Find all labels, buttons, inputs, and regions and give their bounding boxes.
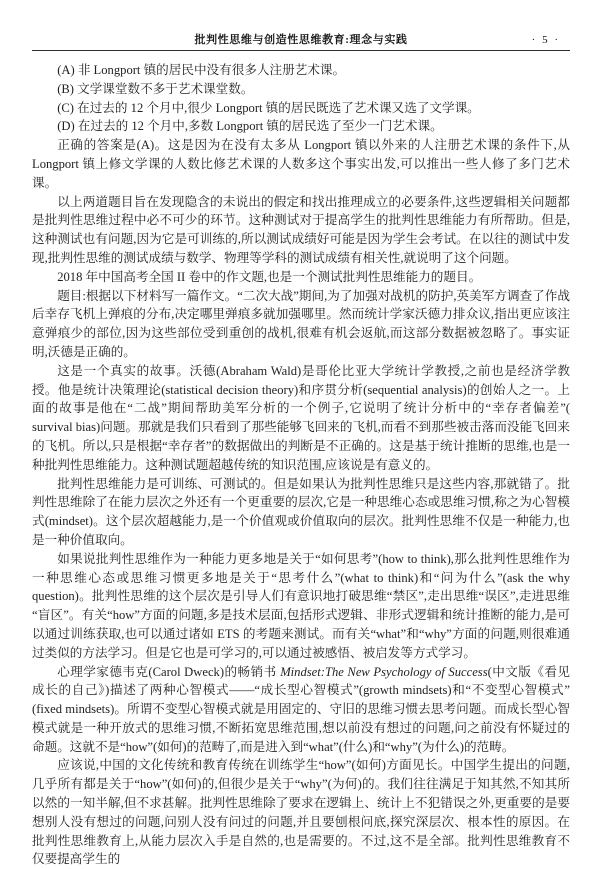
answer-option-line: (A) 非 Longport 镇的居民中没有很多人注册艺术课。 xyxy=(32,61,570,80)
text-run: 如果说批判性思维作为一种能力更多地是关于“如何思考”(how to think)… xyxy=(32,552,570,660)
text-run: (D) 在过去的 12 个月中,多数 Longport 镇的居民选了至少一门艺术… xyxy=(57,119,443,133)
answer-option-line: (B) 文学课堂数不多于艺术课堂数。 xyxy=(32,80,570,99)
text-run: (C) 在过去的 12 个月中,很少 Longport 镇的居民既选了艺术课又选… xyxy=(57,101,480,115)
body-paragraph: 正确的答案是(A)。这是因为在没有太多从 Longport 镇以外来的人注册艺术… xyxy=(32,136,570,192)
body-paragraph: 2018 年中国高考全国 II 卷中的作文题,也是一个测试批判性思维能力的题目。 xyxy=(32,268,570,287)
text-run: 心理学家德韦克(Carol Dweck)的畅销书 xyxy=(57,665,280,679)
text-run: 这是一个真实的故事。沃德(Abraham Wald)是哥伦比亚大学统计学教授,之… xyxy=(32,364,570,472)
book-page: 批判性思维与创造性思维教育:理念与实践 · 5 · (A) 非 Longport… xyxy=(0,0,600,869)
body-paragraph: 以上两道题目旨在发现隐含的未说出的假定和找出推理成立的必要条件,这些逻辑相关问题… xyxy=(32,193,570,268)
text-run: 题目:根据以下材料写一篇作文。“二次大战”期间,为了加强对战机的防护,英美军方调… xyxy=(32,289,570,359)
text-run: 应该说,中国的文化传统和教育传统在训练学生“how”(如何)方面见长。中国学生提… xyxy=(32,758,570,866)
book-title-italic: Mindset:The New Psychology of Success xyxy=(280,665,487,679)
body-paragraph: 如果说批判性思维作为一种能力更多地是关于“如何思考”(how to think)… xyxy=(32,550,570,663)
text-run: 2018 年中国高考全国 II 卷中的作文题,也是一个测试批判性思维能力的题目。 xyxy=(57,270,481,284)
body-paragraph: 应该说,中国的文化传统和教育传统在训练学生“how”(如何)方面见长。中国学生提… xyxy=(32,756,570,869)
answer-option-line: (C) 在过去的 12 个月中,很少 Longport 镇的居民既选了艺术课又选… xyxy=(32,99,570,118)
running-head-row: 批判性思维与创造性思维教育:理念与实践 · 5 · xyxy=(32,33,570,48)
text-run: (B) 文学课堂数不多于艺术课堂数。 xyxy=(57,82,253,96)
running-title: 批判性思维与创造性思维教育:理念与实践 xyxy=(32,33,570,48)
body-paragraph: 批判性思维能力是可训练、可测试的。但是如果认为批判性思维只是这些内容,那就错了。… xyxy=(32,475,570,550)
answer-option-line: (D) 在过去的 12 个月中,多数 Longport 镇的居民选了至少一门艺术… xyxy=(32,117,570,136)
text-run: 批判性思维能力是可训练、可测试的。但是如果认为批判性思维只是这些内容,那就错了。… xyxy=(32,477,570,547)
body-paragraph: 这是一个真实的故事。沃德(Abraham Wald)是哥伦比亚大学统计学教授,之… xyxy=(32,362,570,475)
page-number: · 5 · xyxy=(526,33,560,48)
page-header: 批判性思维与创造性思维教育:理念与实践 · 5 · xyxy=(32,33,570,51)
body-paragraph: 题目:根据以下材料写一篇作文。“二次大战”期间,为了加强对战机的防护,英美军方调… xyxy=(32,287,570,362)
text-run: 以上两道题目旨在发现隐含的未说出的假定和找出推理成立的必要条件,这些逻辑相关问题… xyxy=(32,195,570,265)
text-run: (A) 非 Longport 镇的居民中没有很多人注册艺术课。 xyxy=(57,63,345,77)
page-body: (A) 非 Longport 镇的居民中没有很多人注册艺术课。(B) 文学课堂数… xyxy=(32,61,570,869)
text-run: 正确的答案是(A)。这是因为在没有太多从 Longport 镇以外来的人注册艺术… xyxy=(32,138,570,190)
header-rule xyxy=(32,50,570,51)
body-paragraph: 心理学家德韦克(Carol Dweck)的畅销书 Mindset:The New… xyxy=(32,663,570,757)
